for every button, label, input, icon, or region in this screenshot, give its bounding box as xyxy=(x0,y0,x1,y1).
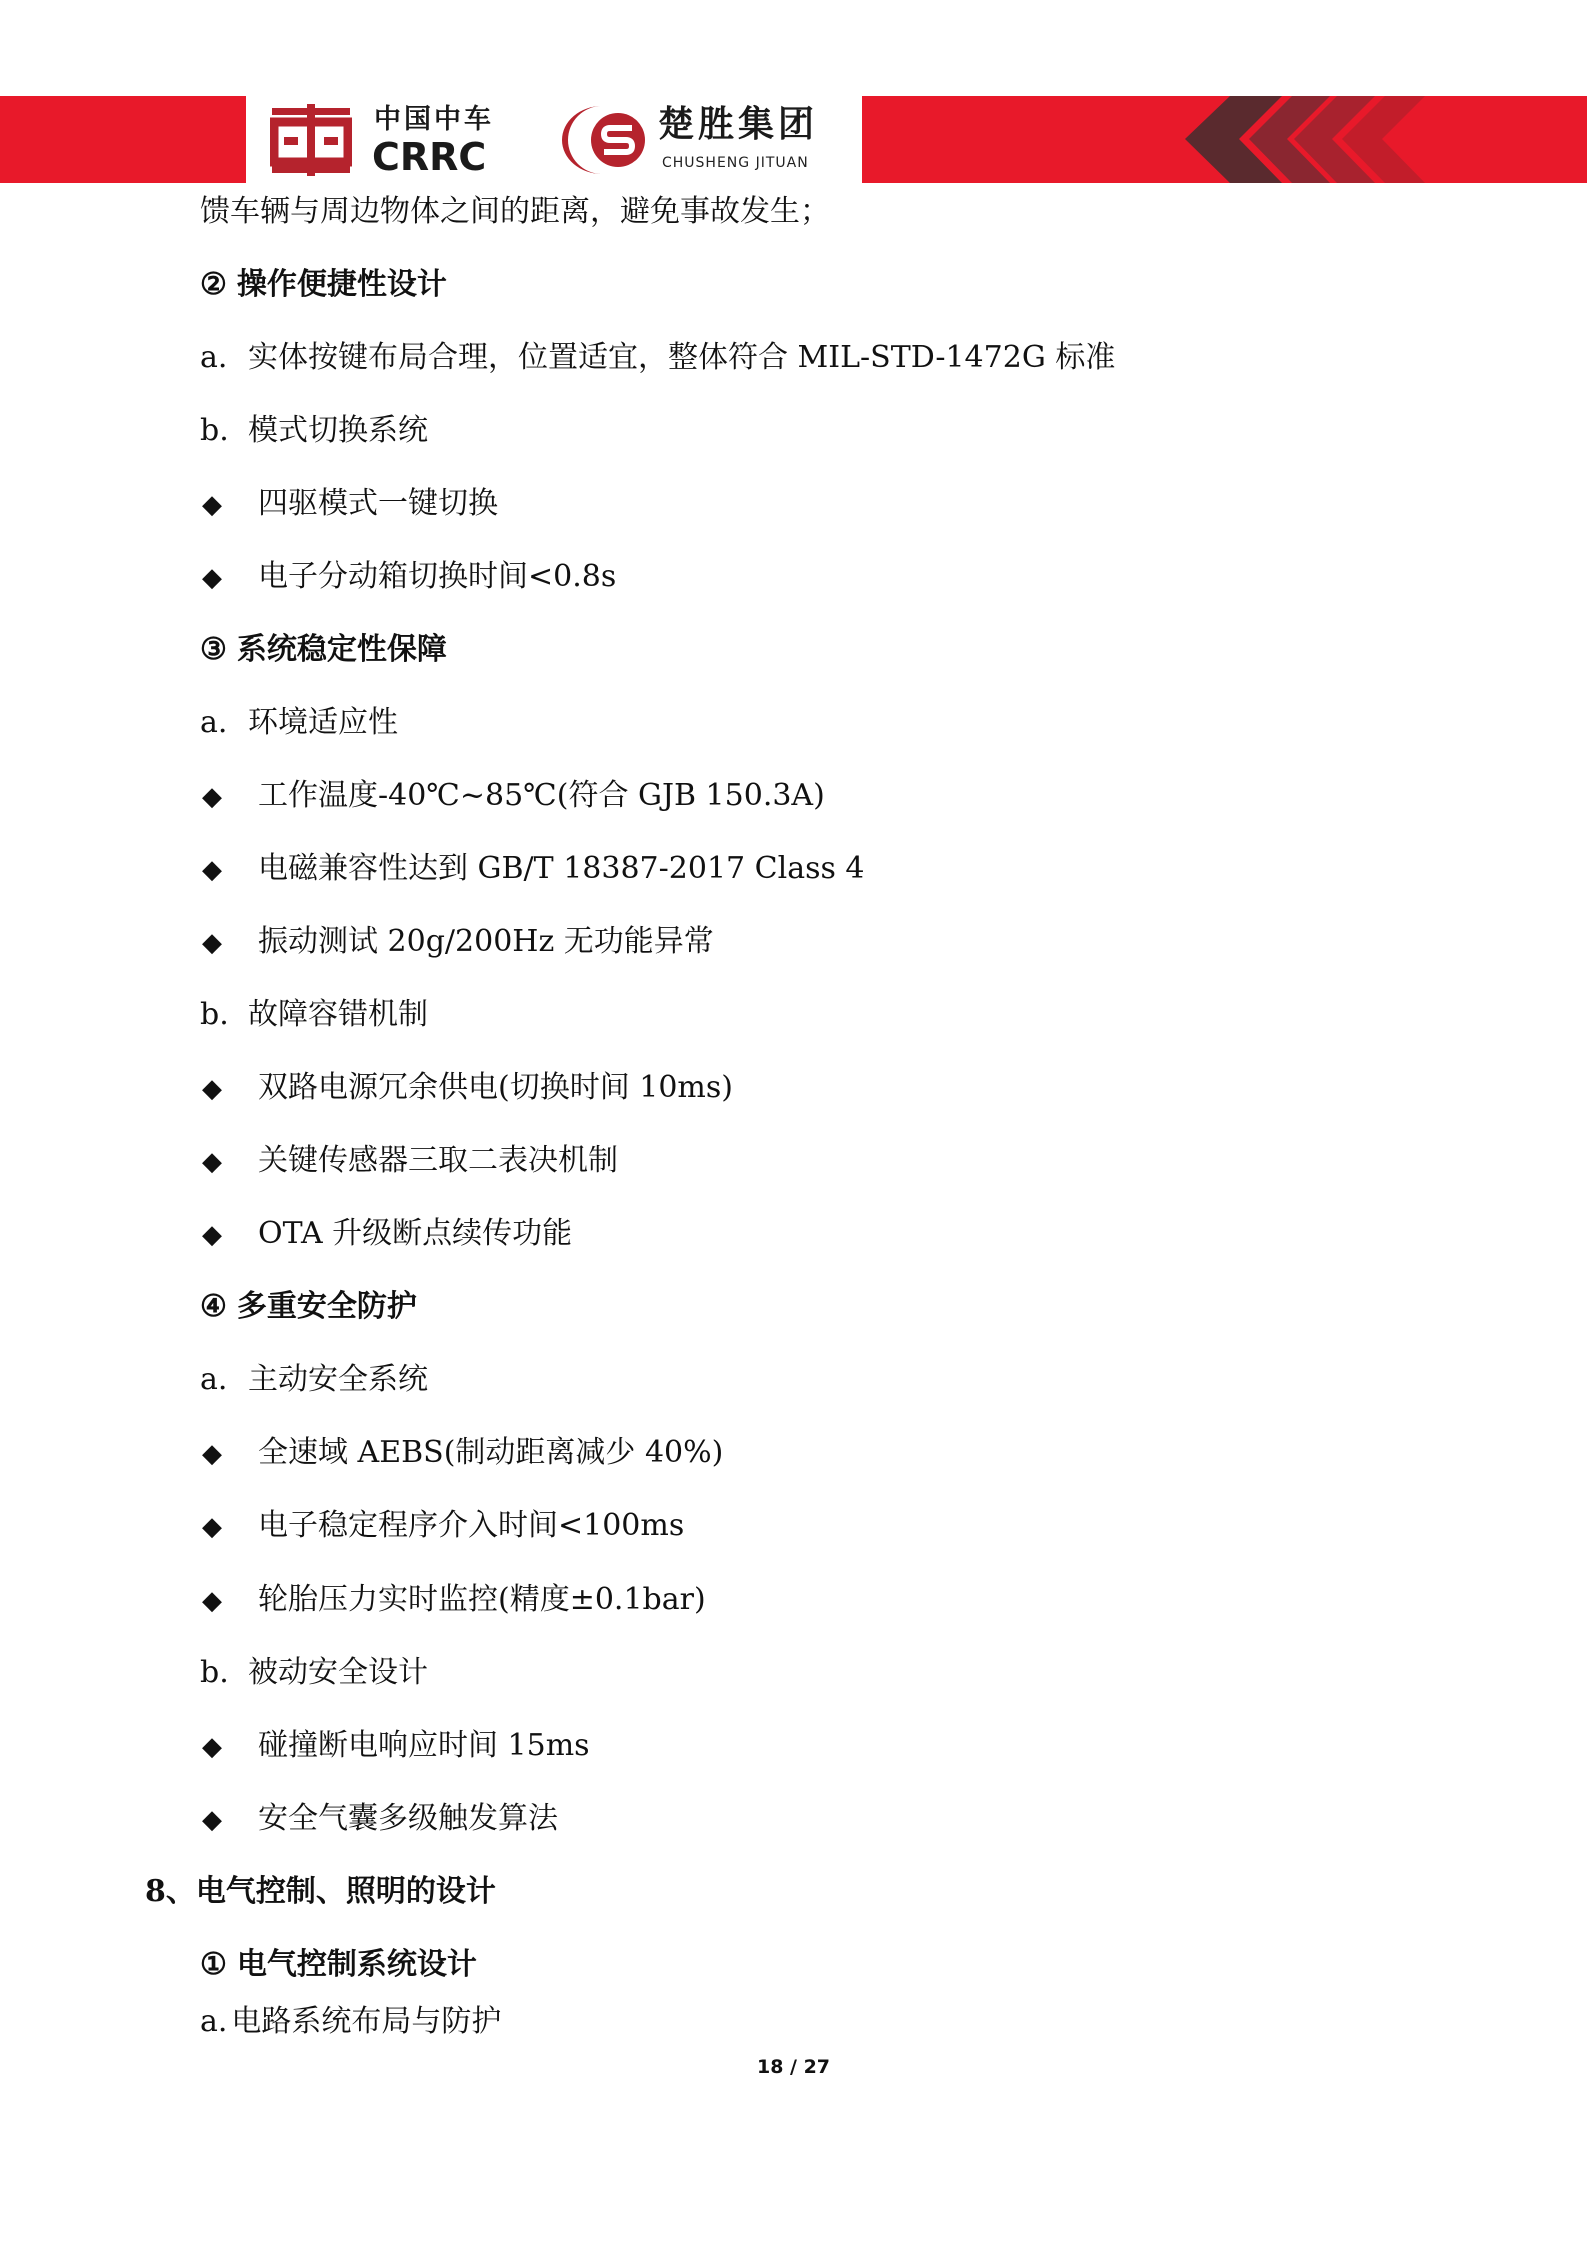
subheading-1: ①电气控制系统设计 xyxy=(200,1945,477,1985)
header-red-band-left xyxy=(0,96,246,183)
diamond-bullet-icon: ◆ xyxy=(202,1434,258,1474)
subheading-3: ③系统稳定性保障 xyxy=(200,630,447,670)
bullet-item: ◆电子分动箱切换时间<0.8s xyxy=(202,557,616,597)
diamond-bullet-icon: ◆ xyxy=(202,1581,258,1621)
list-item: b.故障容错机制 xyxy=(200,995,428,1035)
bullet-item: ◆双路电源冗余供电(切换时间 10ms) xyxy=(202,1068,733,1108)
crrc-logo-icon xyxy=(270,104,352,176)
bullet-item: ◆关键传感器三取二表决机制 xyxy=(202,1141,618,1181)
bullet-item: ◆轮胎压力实时监控(精度±0.1bar) xyxy=(202,1580,706,1620)
subheading-4: ④多重安全防护 xyxy=(200,1287,417,1327)
circled-number-marker: ③ xyxy=(200,630,227,670)
diamond-bullet-icon: ◆ xyxy=(202,777,258,817)
chusheng-english-name: CHUSHENG JITUAN xyxy=(662,155,809,171)
list-item: b.模式切换系统 xyxy=(200,411,428,451)
crrc-english-name: CRRC xyxy=(372,138,486,176)
header-red-band-right xyxy=(862,96,1587,183)
chusheng-logo-icon xyxy=(562,104,648,176)
diamond-bullet-icon: ◆ xyxy=(202,1727,258,1767)
list-item: a.主动安全系统 xyxy=(200,1360,428,1400)
diamond-bullet-icon: ◆ xyxy=(202,485,258,525)
diamond-bullet-icon: ◆ xyxy=(202,923,258,963)
crrc-chinese-name: 中国中车 xyxy=(374,106,494,134)
paragraph-continuation: 馈车辆与周边物体之间的距离，避免事故发生； xyxy=(200,192,830,232)
diamond-bullet-icon: ◆ xyxy=(202,1215,258,1255)
diamond-bullet-icon: ◆ xyxy=(202,1507,258,1547)
list-item: b.被动安全设计 xyxy=(200,1653,428,1693)
circled-number-marker: ① xyxy=(200,1945,227,1985)
bullet-item: ◆碰撞断电响应时间 15ms xyxy=(202,1726,590,1766)
diamond-bullet-icon: ◆ xyxy=(202,558,258,598)
circled-number-marker: ④ xyxy=(200,1287,227,1327)
section-heading-8: 8、电气控制、照明的设计 xyxy=(145,1872,496,1912)
bullet-item: ◆振动测试 20g/200Hz 无功能异常 xyxy=(202,922,714,962)
subheading-2: ②操作便捷性设计 xyxy=(200,265,447,305)
bullet-item: ◆全速域 AEBS(制动距离减少 40%) xyxy=(202,1433,723,1473)
page-number: 18 / 27 xyxy=(0,2056,1587,2078)
bullet-item: ◆电子稳定程序介入时间<100ms xyxy=(202,1506,684,1546)
bullet-item: ◆电磁兼容性达到 GB/T 18387-2017 Class 4 xyxy=(202,849,865,889)
bullet-item: ◆工作温度-40℃~85℃(符合 GJB 150.3A) xyxy=(202,776,825,816)
list-item: a.实体按键布局合理，位置适宜，整体符合 MIL-STD-1472G 标准 xyxy=(200,338,1115,378)
diamond-bullet-icon: ◆ xyxy=(202,1800,258,1840)
diamond-bullet-icon: ◆ xyxy=(202,1069,258,1109)
bullet-item: ◆安全气囊多级触发算法 xyxy=(202,1799,558,1839)
list-item: a.环境适应性 xyxy=(200,703,398,743)
diamond-bullet-icon: ◆ xyxy=(202,850,258,890)
chevron-decoration-icon xyxy=(862,96,1587,183)
page-header: 中国中车 CRRC 楚胜集团 CHUSHENG JITUAN xyxy=(0,96,1587,183)
bullet-item: ◆OTA 升级断点续传功能 xyxy=(202,1214,572,1254)
diamond-bullet-icon: ◆ xyxy=(202,1142,258,1182)
chusheng-chinese-name: 楚胜集团 xyxy=(658,106,818,144)
list-item: a.电路系统布局与防护 xyxy=(200,2002,501,2042)
bullet-item: ◆四驱模式一键切换 xyxy=(202,484,498,524)
circled-number-marker: ② xyxy=(200,265,227,305)
